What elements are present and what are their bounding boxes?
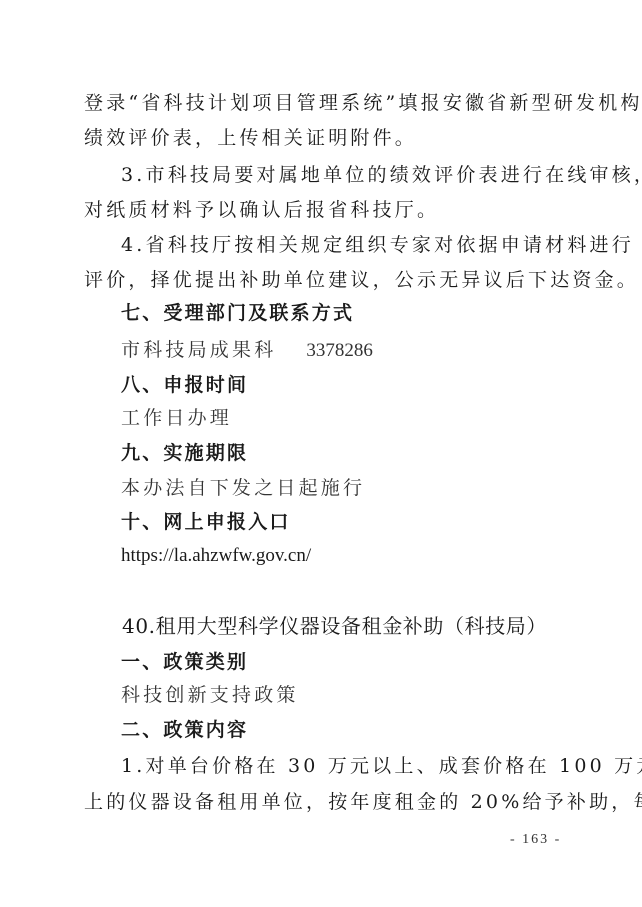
section-heading-online: 十、网上申报入口 (121, 510, 291, 534)
paragraph-line: 3.市科技局要对属地单位的绩效评价表进行在线审核， (121, 163, 642, 187)
section-heading-category: 一、政策类别 (121, 650, 248, 674)
policy-title: 40.租用大型科学仪器设备租金补助（科技局） (122, 614, 547, 638)
paragraph-line: 绩效评价表，上传相关证明附件。 (84, 126, 417, 150)
paragraph-line: 评价，择优提出补助单位建议，公示无异议后下达资金。 (84, 268, 639, 292)
section-heading-contact: 七、受理部门及联系方式 (121, 301, 354, 325)
period-text: 本办法自下发之日起施行 (121, 476, 365, 500)
section-heading-content: 二、政策内容 (121, 718, 248, 742)
section-heading-period: 九、实施期限 (121, 441, 248, 465)
time-text: 工作日办理 (121, 406, 232, 430)
paragraph-line: 4.省科技厅按相关规定组织专家对依据申请材料进行 (121, 233, 634, 257)
section-heading-time: 八、申报时间 (121, 373, 248, 397)
page-number: - 163 - (510, 832, 561, 848)
category-text: 科技创新支持政策 (121, 683, 299, 707)
online-url-link[interactable]: https://la.ahzwfw.gov.cn/ (121, 544, 311, 568)
contact-info: 市科技局成果科3378286 (121, 338, 373, 363)
paragraph-line: 登录“省科技计划项目管理系统”填报安徽省新型研发机构 (84, 91, 642, 115)
contact-department: 市科技局成果科 (121, 339, 276, 361)
paragraph-line: 对纸质材料予以确认后报省科技厅。 (84, 198, 439, 222)
contact-phone: 3378286 (306, 340, 373, 361)
paragraph-line: 1.对单台价格在 30 万元以上、成套价格在 100 万元以 (121, 754, 642, 778)
paragraph-line: 上的仪器设备租用单位，按年度租金的 20%给予补助，每 (84, 790, 642, 814)
